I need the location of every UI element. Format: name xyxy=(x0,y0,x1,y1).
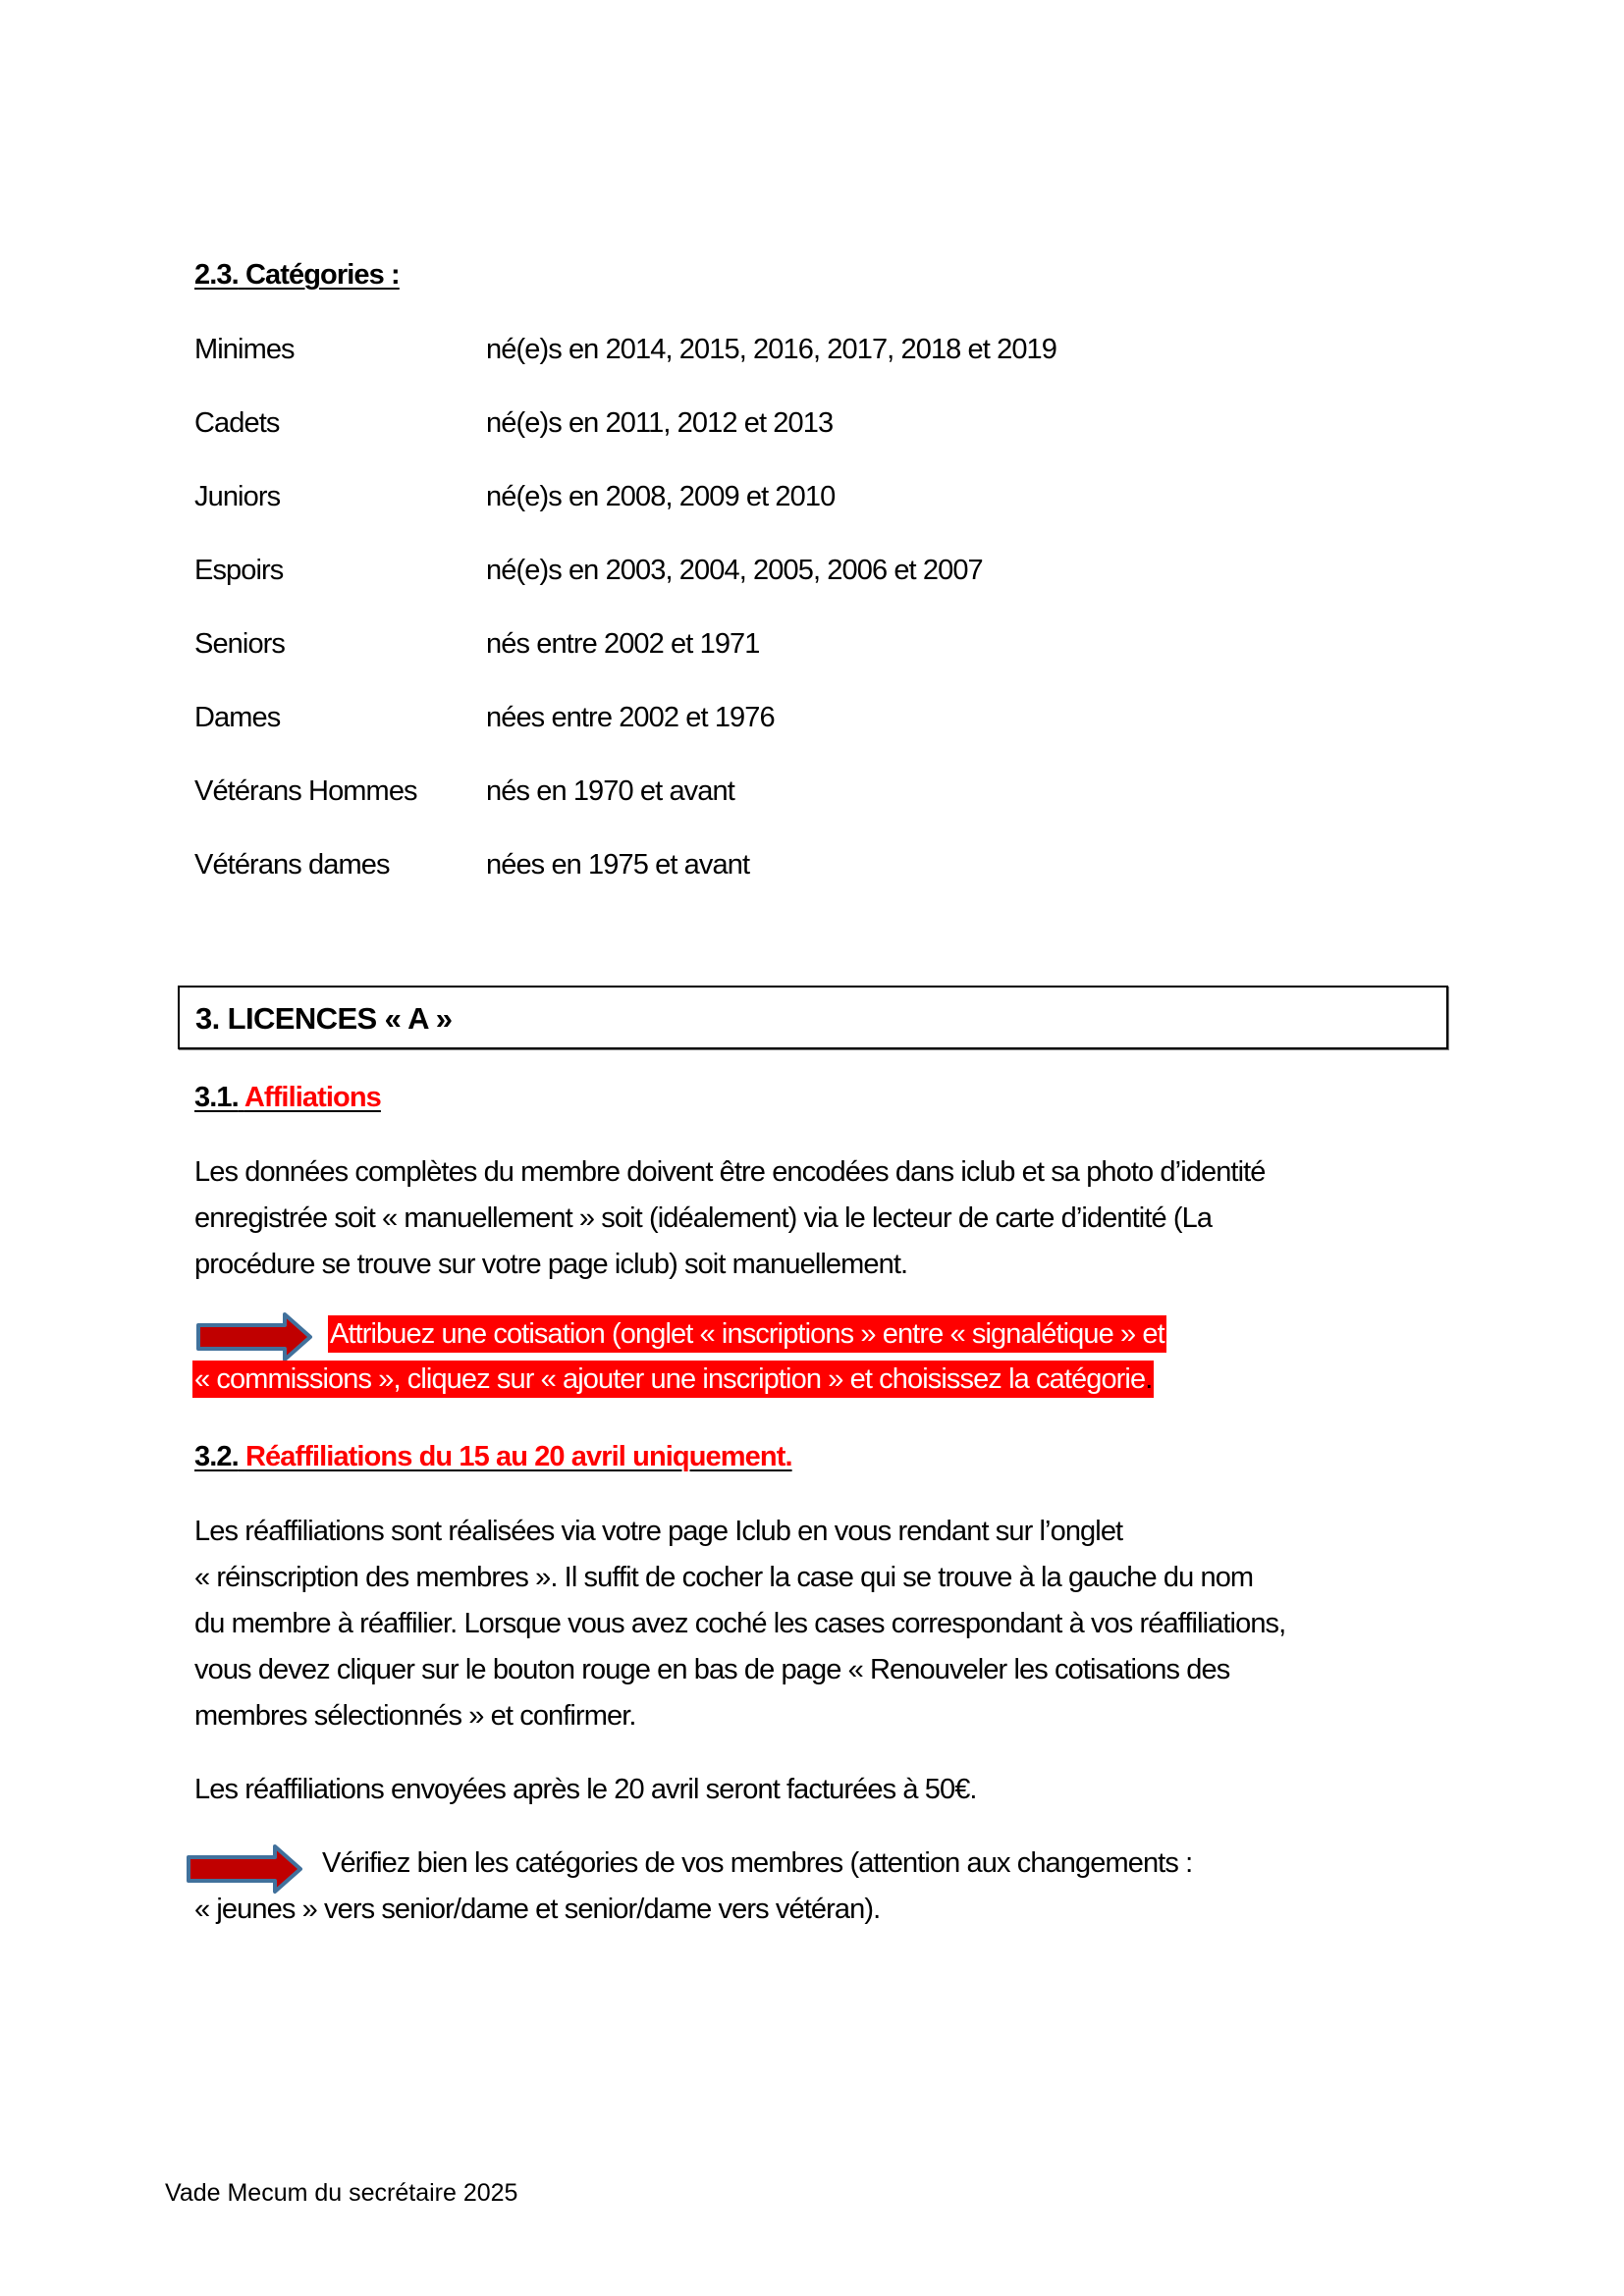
category-name: Vétérans Hommes xyxy=(194,777,417,806)
section-2-3-heading: 2.3. Catégories : xyxy=(194,261,400,290)
section-title: Affiliations xyxy=(244,1082,381,1113)
category-name: Espoirs xyxy=(194,557,283,585)
section-3-title-box: 3. LICENCES « A » xyxy=(178,986,1448,1049)
paragraph-line: Les réaffiliations sont réalisées via vo… xyxy=(194,1518,1122,1546)
section-number: 2.3. xyxy=(194,259,239,291)
category-birth: nés entre 2002 et 1971 xyxy=(486,630,760,659)
right-arrow-icon xyxy=(194,1311,314,1362)
category-name: Cadets xyxy=(194,409,280,438)
category-birth: nées en 1975 et avant xyxy=(486,851,749,880)
section-number: 3.2. xyxy=(194,1441,239,1472)
callout-line: « jeunes » vers senior/dame et senior/da… xyxy=(194,1896,880,1924)
highlighted-callout-line: « commissions », cliquez sur « ajouter u… xyxy=(192,1361,1154,1398)
paragraph-line: Les données complètes du membre doivent … xyxy=(194,1158,1266,1187)
section-title: Catégories : xyxy=(245,259,400,291)
category-birth: né(e)s en 2014, 2015, 2016, 2017, 2018 e… xyxy=(486,336,1056,364)
callout-line: Vérifiez bien les catégories de vos memb… xyxy=(322,1849,1192,1878)
section-3-1-heading: 3.1. Affiliations xyxy=(194,1084,381,1112)
category-birth: nés en 1970 et avant xyxy=(486,777,734,806)
document-page: 2.3. Catégories : Minimes né(e)s en 2014… xyxy=(0,0,1624,2296)
paragraph-line: « réinscription des membres ». Il suffit… xyxy=(194,1564,1253,1592)
paragraph-line: membres sélectionnés » et confirmer. xyxy=(194,1702,636,1731)
section-3-title: 3. LICENCES « A » xyxy=(195,1001,452,1037)
highlighted-callout-line: Attribuez une cotisation (onglet « inscr… xyxy=(328,1315,1166,1353)
paragraph-line: du membre à réaffilier. Lorsque vous ave… xyxy=(194,1610,1285,1638)
callout-text: « commissions », cliquez sur « ajouter u… xyxy=(194,1363,1145,1395)
right-arrow-icon xyxy=(185,1843,304,1895)
category-name: Seniors xyxy=(194,630,285,659)
category-birth: né(e)s en 2003, 2004, 2005, 2006 et 2007 xyxy=(486,557,983,585)
callout-period: . xyxy=(1145,1363,1152,1395)
category-name: Juniors xyxy=(194,483,280,511)
category-birth: né(e)s en 2011, 2012 et 2013 xyxy=(486,409,833,438)
category-name: Vétérans dames xyxy=(194,851,390,880)
paragraph-line: vous devez cliquer sur le bouton rouge e… xyxy=(194,1656,1229,1684)
section-number: 3.1. xyxy=(194,1082,239,1113)
section-title: Réaffiliations du 15 au 20 avril uniquem… xyxy=(245,1441,792,1472)
category-birth: nées entre 2002 et 1976 xyxy=(486,704,775,732)
category-name: Dames xyxy=(194,704,280,732)
category-birth: né(e)s en 2008, 2009 et 2010 xyxy=(486,483,835,511)
category-name: Minimes xyxy=(194,336,295,364)
page-footer: Vade Mecum du secrétaire 2025 xyxy=(165,2179,517,2208)
paragraph-line: enregistrée soit « manuellement » soit (… xyxy=(194,1204,1212,1233)
paragraph-line: procédure se trouve sur votre page iclub… xyxy=(194,1251,907,1279)
late-fee-note: Les réaffiliations envoyées après le 20 … xyxy=(194,1776,977,1804)
section-3-2-heading: 3.2. Réaffiliations du 15 au 20 avril un… xyxy=(194,1443,792,1471)
